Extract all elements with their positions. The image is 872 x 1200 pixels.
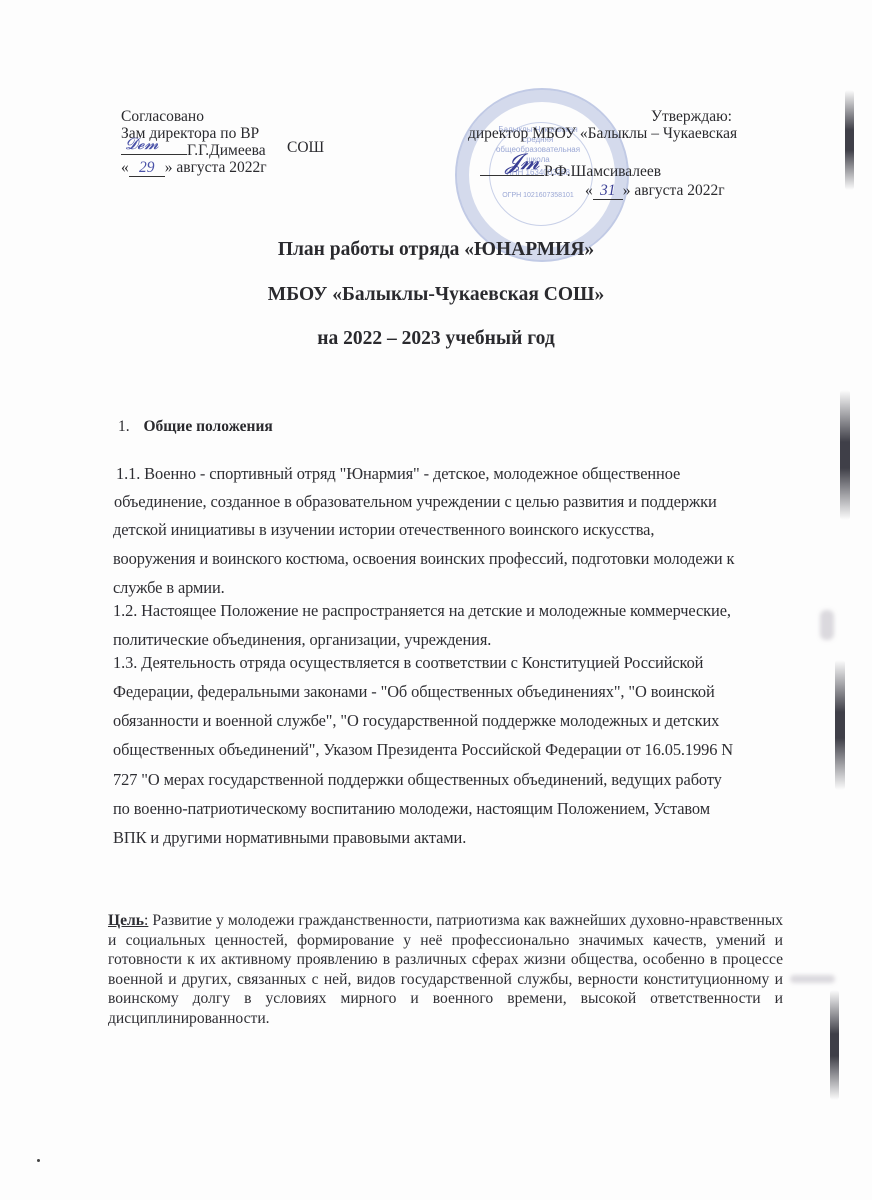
goal-paragraph: Цель: Развитие у молодежи гражданственно… — [108, 911, 783, 1029]
body-line: обязанности и военной службе", "О госуда… — [113, 711, 719, 731]
section-heading: 1. Общие положения — [118, 418, 273, 436]
body-line: 1.2. Настоящее Положение не распространя… — [113, 601, 731, 621]
body-line: объединение, созданное в образовательном… — [114, 492, 717, 512]
body-line: Федерации, федеральными законами - "Об о… — [113, 682, 715, 702]
body-line: детской инициативы в изучении истории от… — [113, 520, 654, 540]
document-title: План работы отряда «ЮНАРМИЯ» — [0, 239, 872, 261]
approval-right-position: директор МБОУ «Балыклы – Чукаевская — [468, 125, 737, 142]
scan-artifact — [820, 610, 834, 640]
scan-artifact — [840, 390, 850, 520]
body-line: 727 "О мерах государственной поддержки о… — [113, 770, 722, 790]
body-line: ВПК и другими нормативными правовыми акт… — [113, 828, 466, 848]
scan-dot — [37, 1159, 40, 1162]
approval-left-name: Г.Г.Димеева — [187, 142, 266, 159]
date-day-handwritten: 29 — [129, 159, 165, 177]
signature-scribble: 𝓙𝓶 — [505, 150, 540, 175]
approval-right-title: Утверждаю: — [651, 108, 732, 125]
body-line: общественных объединений", Указом Презид… — [113, 740, 733, 760]
date-day-handwritten: 31 — [593, 182, 623, 200]
stamp-ogrn: ОГРН 1021607358101 — [487, 192, 589, 199]
approval-right-date: «31» августа 2022г — [585, 182, 725, 200]
section-title: Общие положения — [144, 418, 273, 435]
section-number: 1. — [118, 418, 130, 435]
approval-left-date: «29» августа 2022г — [121, 159, 267, 177]
goal-label: Цель — [108, 912, 144, 929]
approval-left-school-suffix: СОШ — [287, 139, 324, 156]
signature-scribble: 𝓓𝓮𝓶 — [125, 134, 159, 154]
body-line: службе в армии. — [113, 578, 225, 598]
goal-text: Развитие у молодежи гражданственности, п… — [108, 912, 783, 1027]
document-subtitle-school: МБОУ «Балыклы-Чукаевская СОШ» — [0, 284, 872, 306]
document-subtitle-year: на 2022 – 2023 учебный год — [0, 328, 872, 350]
body-line: 1.3. Деятельность отряда осуществляется … — [113, 653, 703, 673]
scan-artifact — [830, 990, 839, 1100]
scan-artifact — [845, 90, 854, 190]
approval-left-title: Согласовано — [121, 108, 267, 125]
body-line: политические объединения, организации, у… — [113, 630, 491, 650]
scan-artifact — [835, 660, 845, 790]
approval-right-name: Р.Ф.Шамсивалеев — [544, 163, 661, 180]
body-line: 1.1. Военно - спортивный отряд "Юнармия"… — [116, 464, 680, 484]
body-line: вооружения и воинского костюма, освоения… — [113, 549, 734, 569]
scan-artifact — [790, 975, 835, 983]
body-line: по военно-патриотическому воспитанию мол… — [113, 799, 710, 819]
